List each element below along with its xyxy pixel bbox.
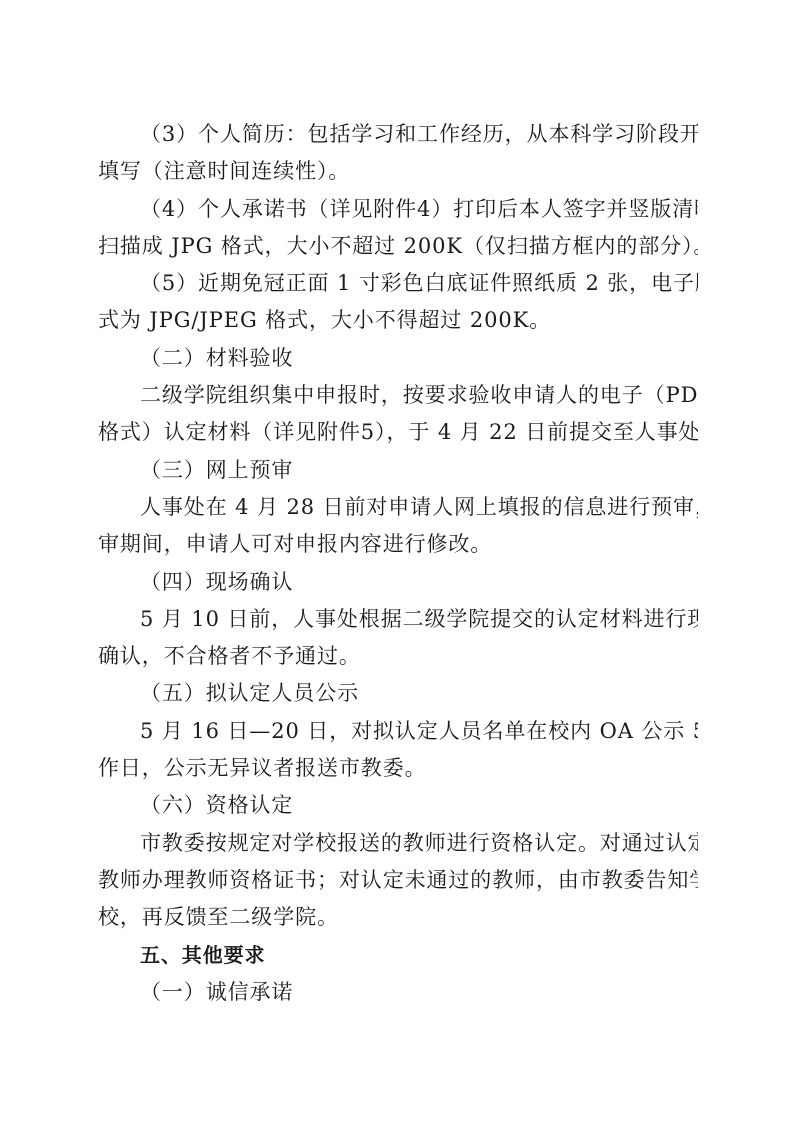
section-heading-other-requirements: 五、其他要求 (98, 937, 698, 974)
subheading-qualification: （六）资格认定 (98, 787, 698, 824)
paragraph-line: 教师办理教师资格证书；对认定未通过的教师，由市教委告知学 (98, 862, 698, 899)
paragraph-line: 扫描成 JPG 格式，大小不超过 200K（仅扫描方框内的部分）。 (98, 228, 698, 265)
subheading-online-review: （三）网上预审 (98, 452, 698, 489)
paragraph-line: 作日，公示无异议者报送市教委。 (98, 750, 698, 787)
paragraph-line: （3）个人简历：包括学习和工作经历，从本科学习阶段开始 (98, 116, 698, 153)
paragraph-line: 人事处在 4 月 28 日前对申请人网上填报的信息进行预审，预 (98, 489, 698, 526)
document-page: （3）个人简历：包括学习和工作经历，从本科学习阶段开始 填写（注意时间连续性）。… (98, 116, 698, 1011)
paragraph-line: 5 月 16 日—20 日，对拟认定人员名单在校内 OA 公示 5 个工 (98, 713, 698, 750)
paragraph-line: （4）个人承诺书（详见附件4）打印后本人签字并竖版清晰 (98, 191, 698, 228)
paragraph-line: 二级学院组织集中申报时，按要求验收申请人的电子（PDF (98, 377, 698, 414)
paragraph-line: （5）近期免冠正面 1 寸彩色白底证件照纸质 2 张，电子版格 (98, 265, 698, 302)
subheading-onsite-confirm: （四）现场确认 (98, 564, 698, 601)
subheading-integrity-pledge: （一）诚信承诺 (98, 974, 698, 1011)
paragraph-line: 校，再反馈至二级学院。 (98, 899, 698, 936)
paragraph-line: 审期间，申请人可对申报内容进行修改。 (98, 526, 698, 563)
paragraph-line: 5 月 10 日前，人事处根据二级学院提交的认定材料进行现场 (98, 601, 698, 638)
subheading-material-check: （二）材料验收 (98, 340, 698, 377)
paragraph-line: 填写（注意时间连续性）。 (98, 153, 698, 190)
paragraph-line: 式为 JPG/JPEG 格式，大小不得超过 200K。 (98, 302, 698, 339)
paragraph-line: 格式）认定材料（详见附件5），于 4 月 22 日前提交至人事处。 (98, 414, 698, 451)
paragraph-line: 市教委按规定对学校报送的教师进行资格认定。对通过认定 (98, 825, 698, 862)
subheading-public-notice: （五）拟认定人员公示 (98, 675, 698, 712)
paragraph-line: 确认，不合格者不予通过。 (98, 638, 698, 675)
